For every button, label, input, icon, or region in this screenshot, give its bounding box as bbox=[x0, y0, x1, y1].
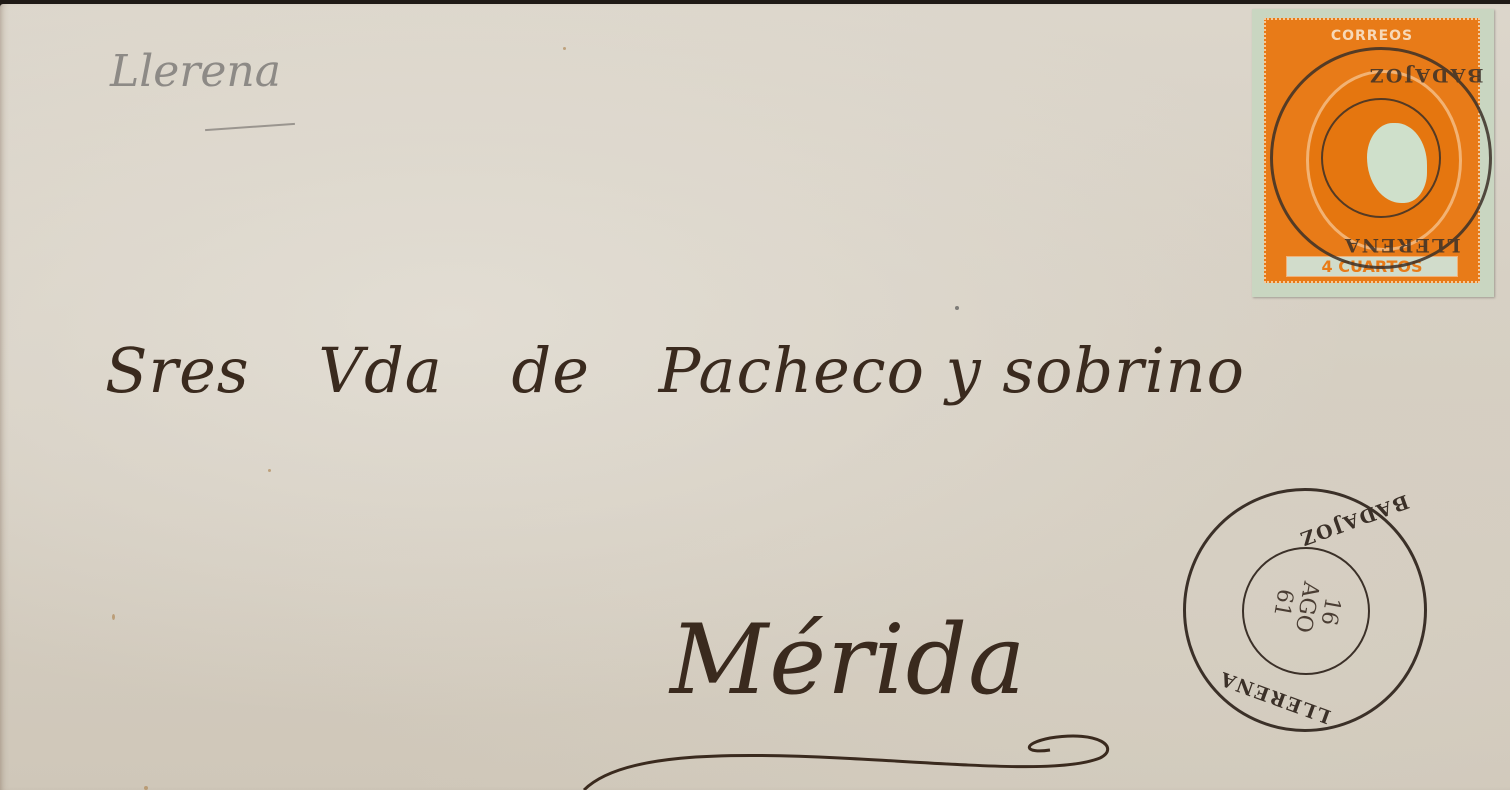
postage-stamp: CORREOS 4 CUARTOS BADAJOZ LLERENA bbox=[1252, 9, 1494, 297]
underline-flourish-icon bbox=[580, 724, 1120, 790]
address-word-pacheco: Pacheco y sobrino bbox=[659, 334, 1245, 407]
stamp-top-label: CORREOS bbox=[1266, 28, 1478, 44]
stamp-cancellation-inner-ring bbox=[1321, 98, 1441, 218]
address-word-sres: Sres bbox=[105, 334, 250, 407]
paper-speck bbox=[268, 469, 271, 472]
circular-datestamp: BADAJOZ LLERENA 16 AGO 61 bbox=[1183, 488, 1427, 732]
address-word-vda: Vda bbox=[318, 334, 442, 407]
paper-speck bbox=[563, 47, 566, 50]
address-line-1: Sres Vda de Pacheco y sobrino bbox=[105, 334, 1293, 407]
paper-speck bbox=[112, 614, 115, 620]
paper-speck bbox=[144, 786, 148, 790]
stamp-cancellation: BADAJOZ LLERENA bbox=[1270, 47, 1492, 269]
paper-speck bbox=[955, 306, 959, 310]
datestamp-date: 16 AGO 61 bbox=[1264, 561, 1349, 652]
address-word-de: de bbox=[512, 334, 590, 407]
datestamp-town: LLERENA bbox=[1216, 667, 1334, 728]
stamp-cancellation-province: BADAJOZ bbox=[1368, 64, 1483, 86]
stamp-cancellation-town: LLERENA bbox=[1343, 234, 1461, 256]
pencil-note: Llerena bbox=[110, 46, 281, 97]
datestamp-province: BADAJOZ bbox=[1296, 490, 1412, 550]
pencil-underline bbox=[205, 123, 295, 131]
address-line-2-city: Mérida bbox=[670, 604, 1026, 716]
postal-cover: Llerena Sres Vda de Pacheco y sobrino Mé… bbox=[0, 4, 1510, 790]
